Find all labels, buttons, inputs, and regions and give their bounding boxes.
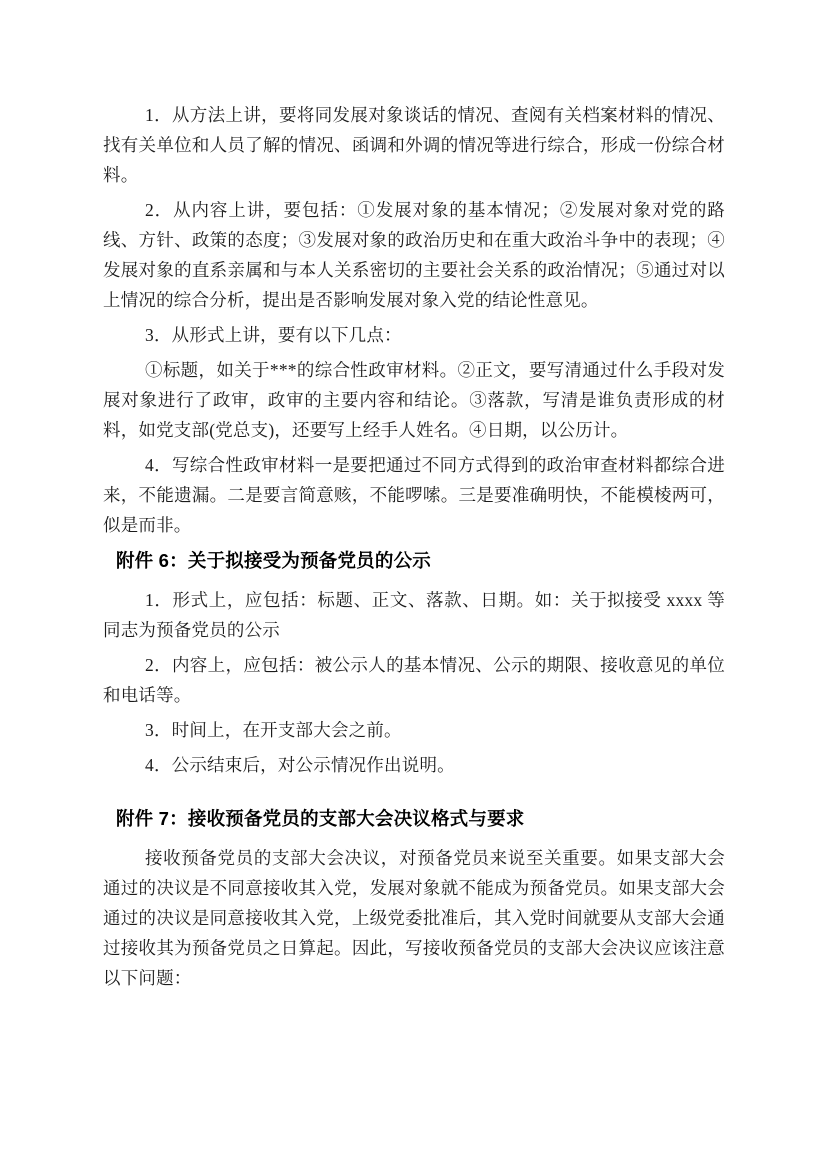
paragraph-content-items: 2．从内容上讲，要包括：①发展对象的基本情况；②发展对象对党的路线、方针、政策的…: [103, 195, 725, 315]
paragraph-gongshi-form: 1．形式上，应包括：标题、正文、落款、日期。如：关于拟接受 xxxx 等同志为预…: [103, 585, 725, 645]
paragraph-form-points: ①标题，如关于***的综合性政审材料。②正文，要写清通过什么手段对发展对象进行了…: [103, 355, 725, 445]
attachment-6-heading: 附件 6：关于拟接受为预备党员的公示: [103, 546, 725, 576]
attachment-7-heading: 附件 7：接收预备党员的支部大会决议格式与要求: [103, 804, 725, 834]
paragraph-method: 1．从方法上讲，要将同发展对象谈话的情况、查阅有关档案材料的情况、找有关单位和人…: [103, 100, 725, 190]
paragraph-jueyi-intro: 接收预备党员的支部大会决议，对预备党员来说至关重要。如果支部大会通过的决议是不同…: [103, 843, 725, 993]
paragraph-gongshi-conclusion: 4．公示结束后，对公示情况作出说明。: [103, 750, 725, 780]
paragraph-gongshi-content: 2．内容上，应包括：被公示人的基本情况、公示的期限、接收意见的单位和电话等。: [103, 650, 725, 710]
document-page: 1．从方法上讲，要将同发展对象谈话的情况、查阅有关档案材料的情况、找有关单位和人…: [0, 0, 826, 1169]
document-content: 1．从方法上讲，要将同发展对象谈话的情况、查阅有关档案材料的情况、找有关单位和人…: [103, 100, 725, 993]
paragraph-form-intro: 3．从形式上讲，要有以下几点：: [103, 320, 725, 350]
paragraph-gongshi-time: 3．时间上，在开支部大会之前。: [103, 715, 725, 745]
paragraph-writing-requirements: 4．写综合性政审材料一是要把通过不同方式得到的政治审查材料都综合进来，不能遗漏。…: [103, 450, 725, 540]
